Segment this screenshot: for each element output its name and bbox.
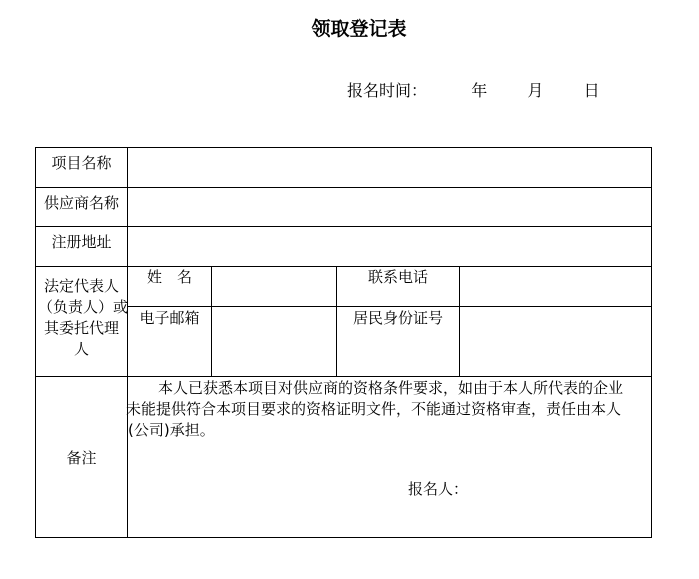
supplier-name-label: 供应商名称 (36, 193, 127, 213)
remarks-label: 备注 (36, 448, 127, 468)
email-label: 电子邮箱 (128, 308, 211, 328)
email-field[interactable] (212, 307, 336, 376)
project-name-field[interactable] (128, 148, 651, 187)
id-number-field[interactable] (460, 307, 651, 376)
date-year-label: 年 (471, 78, 487, 101)
statement-line: (公司)承担。 (128, 420, 651, 441)
id-number-label: 居民身份证号 (337, 308, 459, 328)
phone-label: 联系电话 (337, 267, 459, 287)
registered-address-field[interactable] (128, 227, 651, 266)
label-line: （负责人）或 (38, 297, 127, 318)
project-name-label: 项目名称 (36, 153, 127, 173)
registered-address-label: 注册地址 (36, 232, 127, 252)
date-month-label: 月 (527, 78, 543, 101)
statement-line: 未能提供符合本项目要求的资格证明文件，不能通过资格审查，责任由本人 (126, 399, 651, 420)
page-title: 领取登记表 (0, 14, 699, 41)
name-label: 姓 名 (128, 267, 211, 287)
name-field[interactable] (212, 267, 336, 306)
table-border-right (651, 147, 652, 538)
date-day-label: 日 (584, 78, 600, 101)
registration-date-line: 报名时间： 年 月 日 (347, 78, 600, 101)
signatory-field[interactable] (470, 476, 640, 500)
supplier-name-field[interactable] (128, 188, 651, 226)
label-line: 法定代表人 (36, 276, 127, 297)
phone-field[interactable] (460, 267, 651, 306)
legal-representative-label: 法定代表人 （负责人）或 其委托代理 人 (36, 276, 127, 360)
label-line: 其委托代理 (36, 318, 127, 339)
statement-line: 本人已获悉本项目对供应商的资格条件要求，如由于本人所代表的企业 (128, 378, 651, 399)
signatory-label: 报名人： (408, 479, 468, 499)
declaration-statement: 本人已获悉本项目对供应商的资格条件要求，如由于本人所代表的企业 未能提供符合本项… (128, 378, 651, 441)
registration-date-label: 报名时间： (347, 78, 427, 101)
label-line: 人 (36, 339, 127, 360)
